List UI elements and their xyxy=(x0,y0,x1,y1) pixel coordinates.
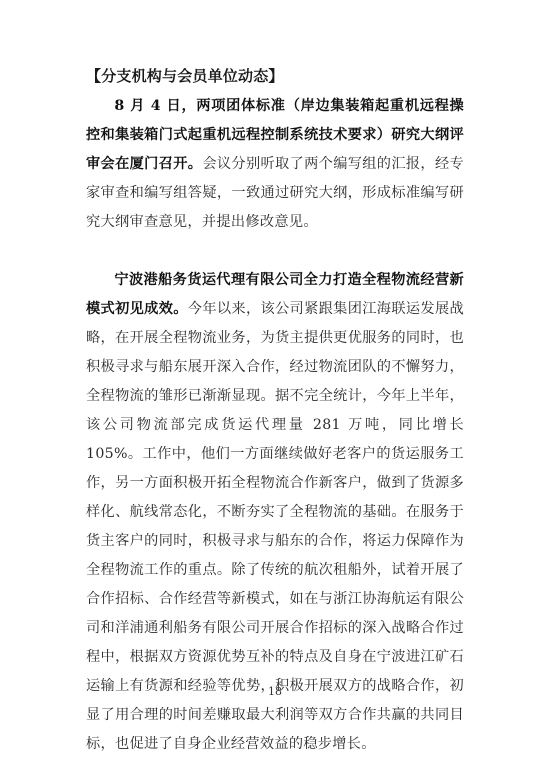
section-title: 【分支机构与会员单位动态】 xyxy=(86,64,464,88)
page-content: 【分支机构与会员单位动态】 8 月 4 日，两项团体标准（岸边集装箱起重机远程操… xyxy=(86,64,464,759)
document-page: 【分支机构与会员单位动态】 8 月 4 日，两项团体标准（岸边集装箱起重机远程操… xyxy=(0,0,550,759)
page-number: 18 xyxy=(0,685,550,698)
paragraph-standards-review: 8 月 4 日，两项团体标准（岸边集装箱起重机远程操控和集装箱门式起重机远程控制… xyxy=(86,92,464,237)
